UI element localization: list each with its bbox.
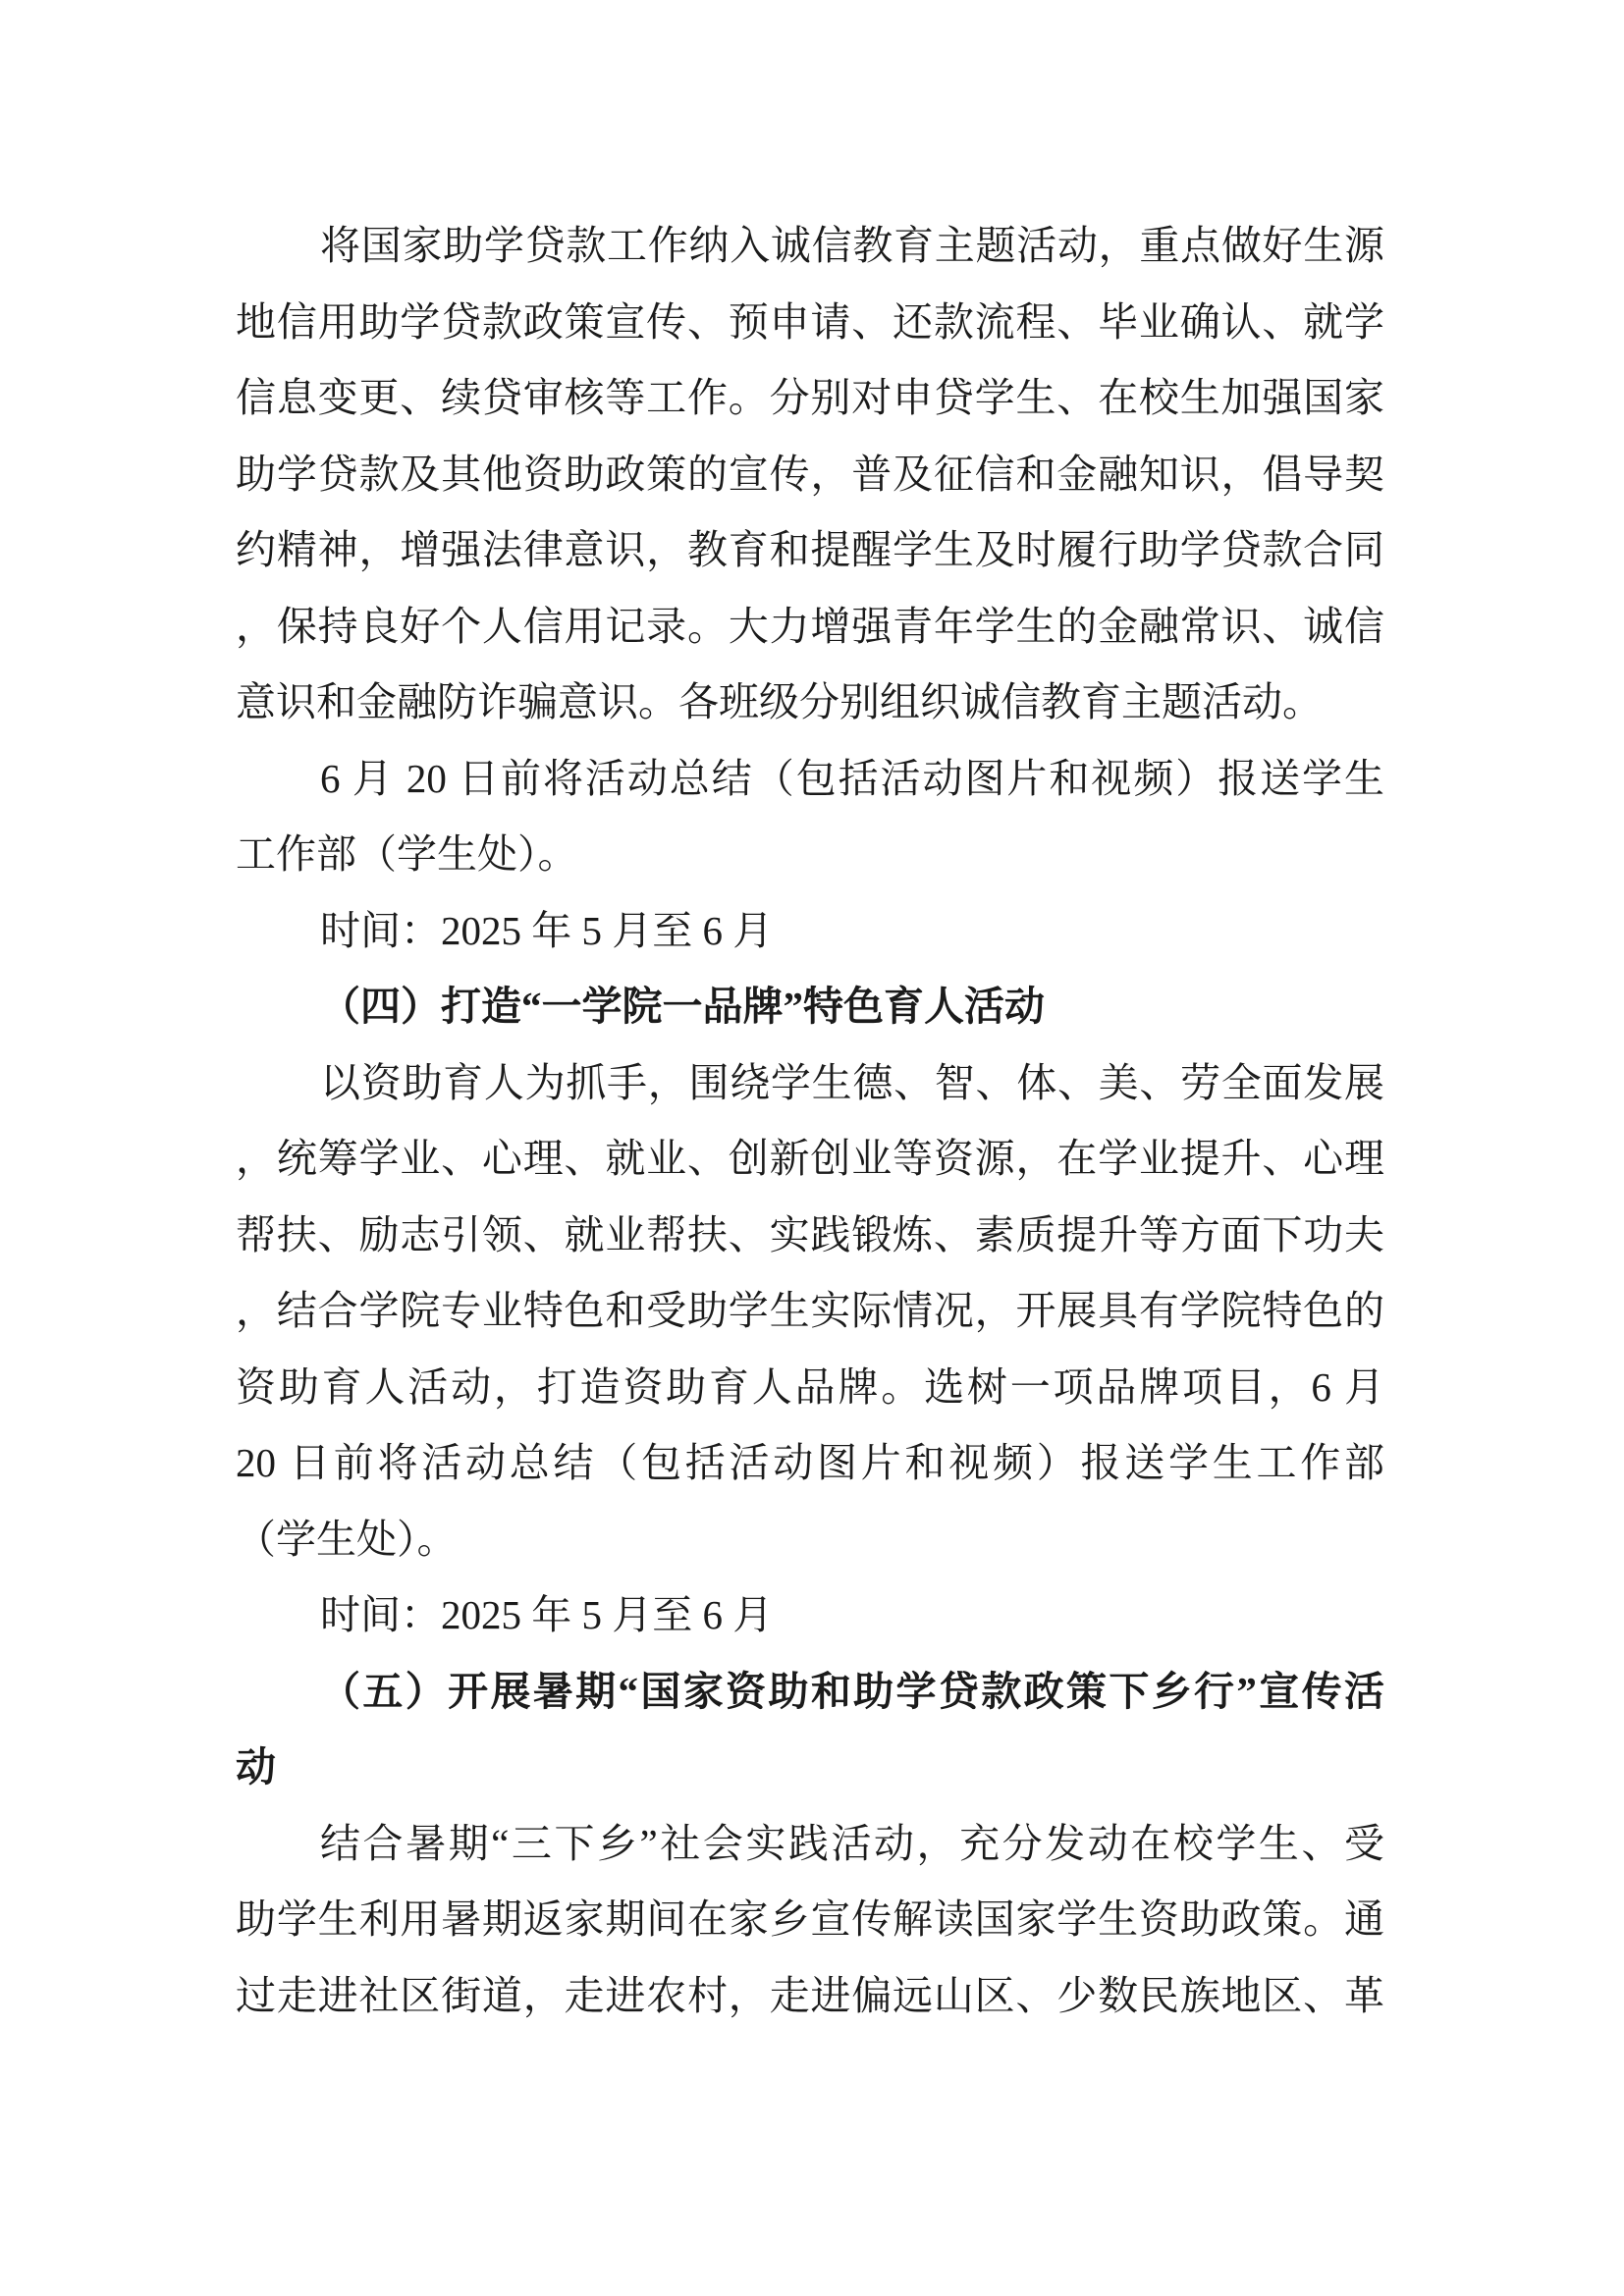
body-text-line: 6 月 20 日前将活动总结（包括活动图片和视频）报送学生 bbox=[236, 741, 1384, 818]
schedule-time-line: 时间：2025 年 5 月至 6 月 bbox=[236, 893, 1384, 970]
section-5-heading-line-1: （五）开展暑期“国家资助和助学贷款政策下乡行”宣传活 bbox=[236, 1654, 1384, 1731]
body-text-line: 帮扶、励志引领、就业帮扶、实践锻炼、素质提升等方面下功夫 bbox=[236, 1198, 1384, 1274]
body-text-line: ，结合学院专业特色和受助学生实际情况，开展具有学院特色的 bbox=[236, 1273, 1384, 1350]
body-text-line: 助学生利用暑期返家期间在家乡宣传解读国家学生资助政策。通 bbox=[236, 1882, 1384, 1958]
section-5-heading-line-2: 动 bbox=[236, 1730, 1384, 1806]
body-text-line: 意识和金融防诈骗意识。各班级分别组织诚信教育主题活动。 bbox=[236, 665, 1384, 741]
body-text-line: 约精神，增强法律意识，教育和提醒学生及时履行助学贷款合同 bbox=[236, 512, 1384, 589]
body-text-line: ，保持良好个人信用记录。大力增强青年学生的金融常识、诚信 bbox=[236, 589, 1384, 666]
body-text-line: 以资助育人为抓手，围绕学生德、智、体、美、劳全面发展 bbox=[236, 1045, 1384, 1122]
body-text-line: 结合暑期“三下乡”社会实践活动，充分发动在校学生、受 bbox=[236, 1806, 1384, 1883]
body-text-line: 信息变更、续贷审核等工作。分别对申贷学生、在校生加强国家 bbox=[236, 360, 1384, 437]
document-text-block: 将国家助学贷款工作纳入诚信教育主题活动，重点做好生源 地信用助学贷款政策宣传、预… bbox=[236, 208, 1384, 2034]
body-text-line: 资助育人活动，打造资助育人品牌。选树一项品牌项目，6 月 bbox=[236, 1350, 1384, 1426]
body-text-line: 地信用助学贷款政策宣传、预申请、还款流程、毕业确认、就学 bbox=[236, 285, 1384, 361]
body-text-line: 20 日前将活动总结（包括活动图片和视频）报送学生工作部 bbox=[236, 1425, 1384, 1502]
document-page: 将国家助学贷款工作纳入诚信教育主题活动，重点做好生源 地信用助学贷款政策宣传、预… bbox=[0, 0, 1624, 2296]
body-text-line: 过走进社区街道，走进农村，走进偏远山区、少数民族地区、革 bbox=[236, 1958, 1384, 2035]
body-text-line: ，统筹学业、心理、就业、创新创业等资源，在学业提升、心理 bbox=[236, 1121, 1384, 1198]
body-text-line: 助学贷款及其他资助政策的宣传，普及征信和金融知识，倡导契 bbox=[236, 437, 1384, 513]
section-4-heading: （四）打造“一学院一品牌”特色育人活动 bbox=[236, 969, 1384, 1045]
body-text-line: （学生处）。 bbox=[236, 1502, 1384, 1578]
body-text-line: 工作部（学生处）。 bbox=[236, 817, 1384, 893]
schedule-time-line: 时间：2025 年 5 月至 6 月 bbox=[236, 1577, 1384, 1654]
body-text-line: 将国家助学贷款工作纳入诚信教育主题活动，重点做好生源 bbox=[236, 208, 1384, 285]
